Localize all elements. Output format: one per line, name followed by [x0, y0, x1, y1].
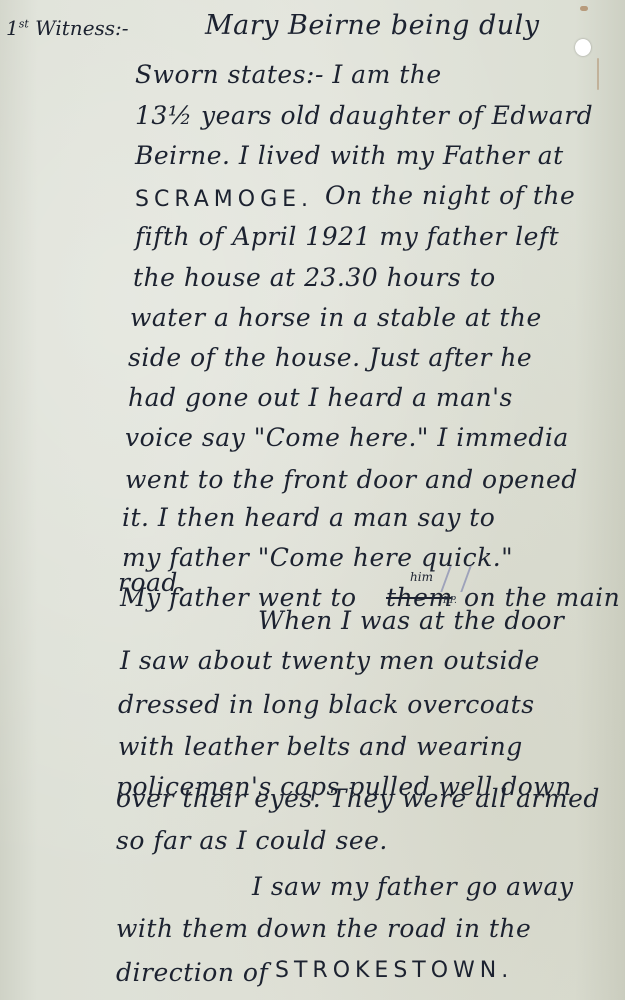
- statement-line: road.: [118, 570, 186, 595]
- statement-line: I saw about twenty men outside: [120, 648, 540, 673]
- ink-stain: [580, 6, 588, 11]
- place-name-strokestown: STROKESTOWN.: [275, 960, 513, 982]
- punch-hole: [575, 39, 591, 56]
- statement-line: On the night of the: [325, 183, 575, 208]
- statement-line: so far as I could see.: [116, 828, 388, 853]
- statement-line: with them down the road in the: [116, 916, 531, 941]
- statement-line: Beirne. I lived with my Father at: [135, 143, 564, 168]
- statement-line: water a horse in a stable at the: [130, 305, 542, 330]
- statement-line: fifth of April 1921 my father left: [135, 224, 559, 249]
- witness-label: 1st Witness:-: [6, 16, 129, 40]
- paper-stain: [597, 58, 599, 90]
- statement-line: dressed in long black overcoats: [118, 692, 535, 717]
- inserted-correction: him: [410, 570, 433, 584]
- statement-line: went to the front door and opened: [125, 467, 578, 492]
- statement-line: I saw my father go away: [252, 874, 574, 899]
- statement-line: direction of: [116, 960, 268, 985]
- statement-line: When I was at the door: [258, 608, 564, 633]
- statement-line: 13½ years old daughter of Edward: [135, 103, 593, 128]
- statement-line: over their eyes. They were all armed: [116, 786, 600, 811]
- statement-line: the house at 23.30 hours to: [133, 265, 496, 290]
- document-page: 1st Witness:- Mary Beirne being duly Swo…: [0, 0, 625, 1000]
- statement-line: voice say "Come here." I immedia: [125, 425, 569, 450]
- correction-initials: RP.: [443, 596, 457, 606]
- place-name-scramoge: SCRAMOGE.: [135, 187, 313, 212]
- statement-line: with leather belts and wearing: [118, 734, 523, 759]
- statement-line: SCRAMOGE.: [135, 185, 313, 211]
- statement-line: Sworn states:- I am the: [135, 62, 442, 87]
- statement-line: side of the house. Just after he: [128, 345, 532, 370]
- statement-line: had gone out I heard a man's: [128, 385, 513, 410]
- statement-line: Mary Beirne being duly: [205, 12, 540, 39]
- statement-line: it. I then heard a man say to: [122, 505, 495, 530]
